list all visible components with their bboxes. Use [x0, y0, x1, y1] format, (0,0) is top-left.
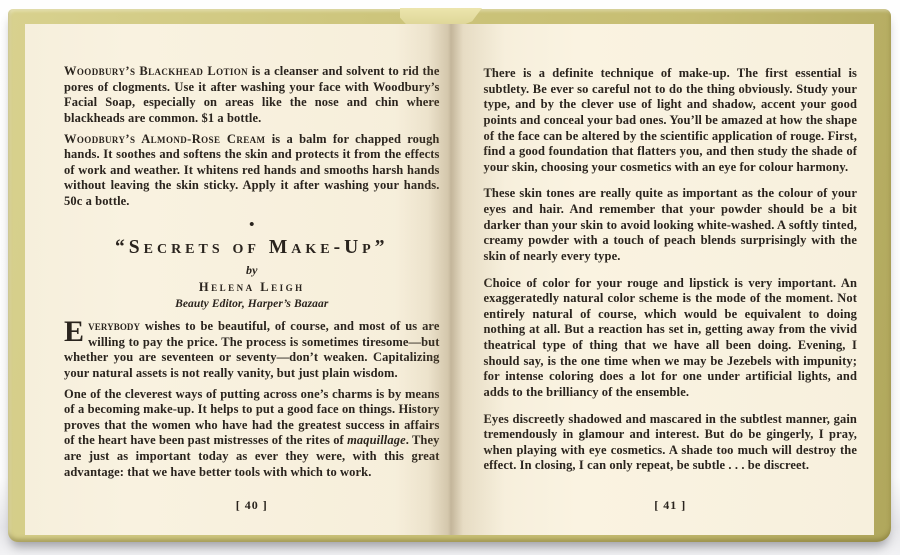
page-number-41: [ 41 ]	[484, 498, 858, 517]
product-name-almond-rose-cream: Woodbury’s Almond-Rose Cream	[64, 132, 265, 146]
booklet-cover: Woodbury’s Blackhead Lotion is a cleanse…	[8, 9, 891, 542]
open-pages: Woodbury’s Blackhead Lotion is a cleanse…	[25, 24, 874, 535]
author-name: Helena Leigh	[64, 280, 440, 296]
section-divider-bullet: •	[64, 220, 440, 231]
dropcap-letter: E	[64, 319, 88, 344]
byline: by	[64, 263, 440, 278]
article-title: “Secrets of Make-Up”	[64, 236, 440, 260]
technique-paragraph: There is a definite technique of make-up…	[484, 66, 858, 175]
color-choice-paragraph: Choice of color for your rouge and lipst…	[484, 276, 858, 401]
page-40: Woodbury’s Blackhead Lotion is a cleanse…	[25, 24, 450, 535]
intro-lead-smallcaps: verybody	[88, 319, 140, 333]
blackhead-lotion-paragraph: Woodbury’s Blackhead Lotion is a cleanse…	[64, 64, 440, 127]
intro-paragraph: Everybody wishes to be beautiful, of cou…	[64, 319, 440, 382]
charm-italic-word: maquillage	[347, 433, 406, 447]
eye-cosmetics-paragraph: Eyes discreetly shadowed and mascared in…	[484, 412, 858, 475]
product-name-blackhead-lotion: Woodbury’s Blackhead Lotion	[64, 64, 248, 78]
page-number-40: [ 40 ]	[64, 498, 440, 517]
photo-background: Woodbury’s Blackhead Lotion is a cleanse…	[0, 0, 900, 555]
almond-rose-cream-paragraph: Woodbury’s Almond-Rose Cream is a balm f…	[64, 132, 440, 210]
skin-tones-paragraph: These skin tones are really quite as imp…	[484, 186, 858, 264]
page-41: There is a definite technique of make-up…	[450, 24, 875, 535]
charm-paragraph: One of the cleverest ways of putting acr…	[64, 387, 440, 481]
author-title: Beauty Editor, Harper’s Bazaar	[64, 297, 440, 311]
